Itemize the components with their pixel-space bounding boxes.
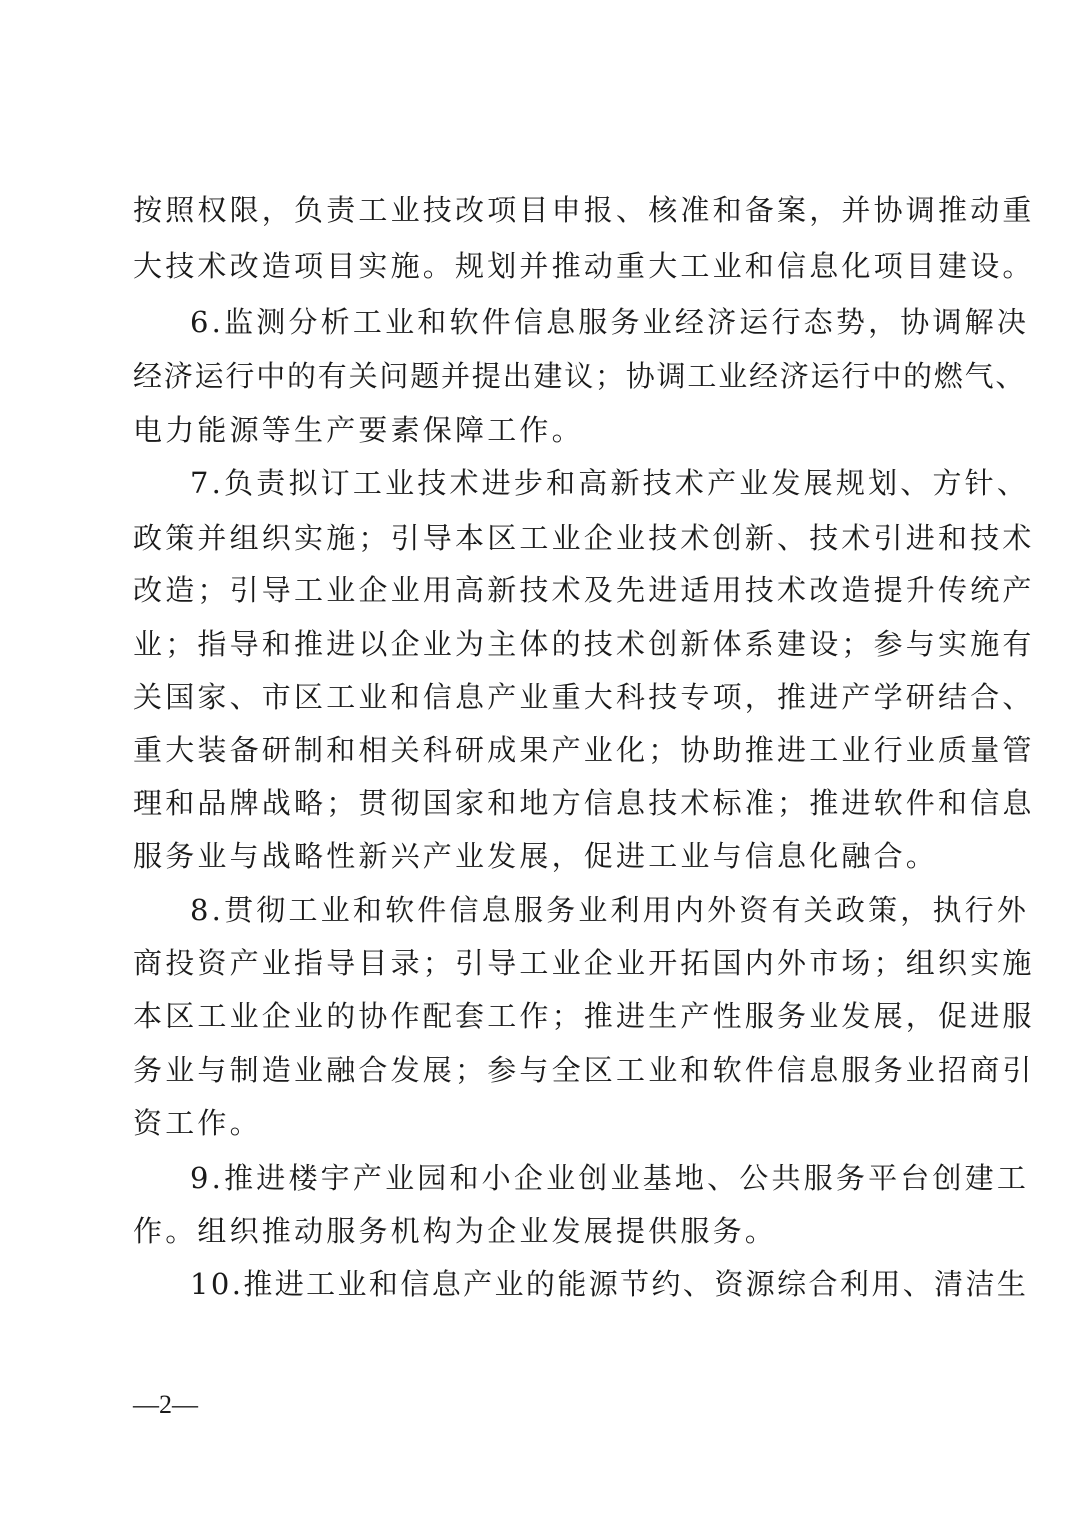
text-line: 政策并组织实施；引导本区工业企业技术创新、技术引进和技术: [133, 520, 963, 556]
text-line: 业；指导和推进以企业为主体的技术创新体系建设；参与实施有: [133, 626, 963, 662]
text-line: 务业与制造业融合发展；参与全区工业和软件信息服务业招商引: [133, 1052, 963, 1088]
paragraph-6-start: 6.监测分析工业和软件信息服务业经济运行态势，协调解决: [190, 304, 1020, 340]
text-line: 本区工业企业的协作配套工作；推进生产性服务业发展，促进服: [133, 998, 963, 1034]
paragraph-9-start: 9.推进楼宇产业园和小企业创业基地、公共服务平台创建工: [190, 1160, 1020, 1196]
text-line: 重大装备研制和相关科研成果产业化；协助推进工业行业质量管: [133, 732, 963, 768]
text-line: 作。组织推动服务机构为企业发展提供服务。: [133, 1213, 963, 1249]
text-line: 改造；引导工业企业用高新技术及先进适用技术改造提升传统产: [133, 572, 963, 608]
text-line: 电力能源等生产要素保障工作。: [133, 412, 963, 448]
document-page: 按照权限，负责工业技改项目申报、核准和备案，并协调推动重 大技术改造项目实施。规…: [0, 0, 1074, 1520]
paragraph-8-start: 8.贯彻工业和软件信息服务业利用内外资有关政策，执行外: [190, 892, 1020, 928]
text-line: 关国家、市区工业和信息产业重大科技专项，推进产学研结合、: [133, 679, 963, 715]
text-line: 经济运行中的有关问题并提出建议；协调工业经济运行中的燃气、: [133, 358, 963, 394]
paragraph-7-start: 7.负责拟订工业技术进步和高新技术产业发展规划、方针、: [190, 465, 1020, 501]
text-line: 按照权限，负责工业技改项目申报、核准和备案，并协调推动重: [133, 192, 963, 228]
text-line: 理和品牌战略；贯彻国家和地方信息技术标准；推进软件和信息: [133, 785, 963, 821]
text-line: 资工作。: [133, 1105, 963, 1141]
paragraph-10-start: 10.推进工业和信息产业的能源节约、资源综合利用、清洁生: [190, 1266, 1020, 1302]
text-line: 商投资产业指导目录；引导工业企业开拓国内外市场；组织实施: [133, 945, 963, 981]
text-line: 服务业与战略性新兴产业发展，促进工业与信息化融合。: [133, 838, 963, 874]
text-line: 大技术改造项目实施。规划并推动重大工业和信息化项目建设。: [133, 248, 963, 284]
page-number: —2—: [133, 1388, 198, 1422]
